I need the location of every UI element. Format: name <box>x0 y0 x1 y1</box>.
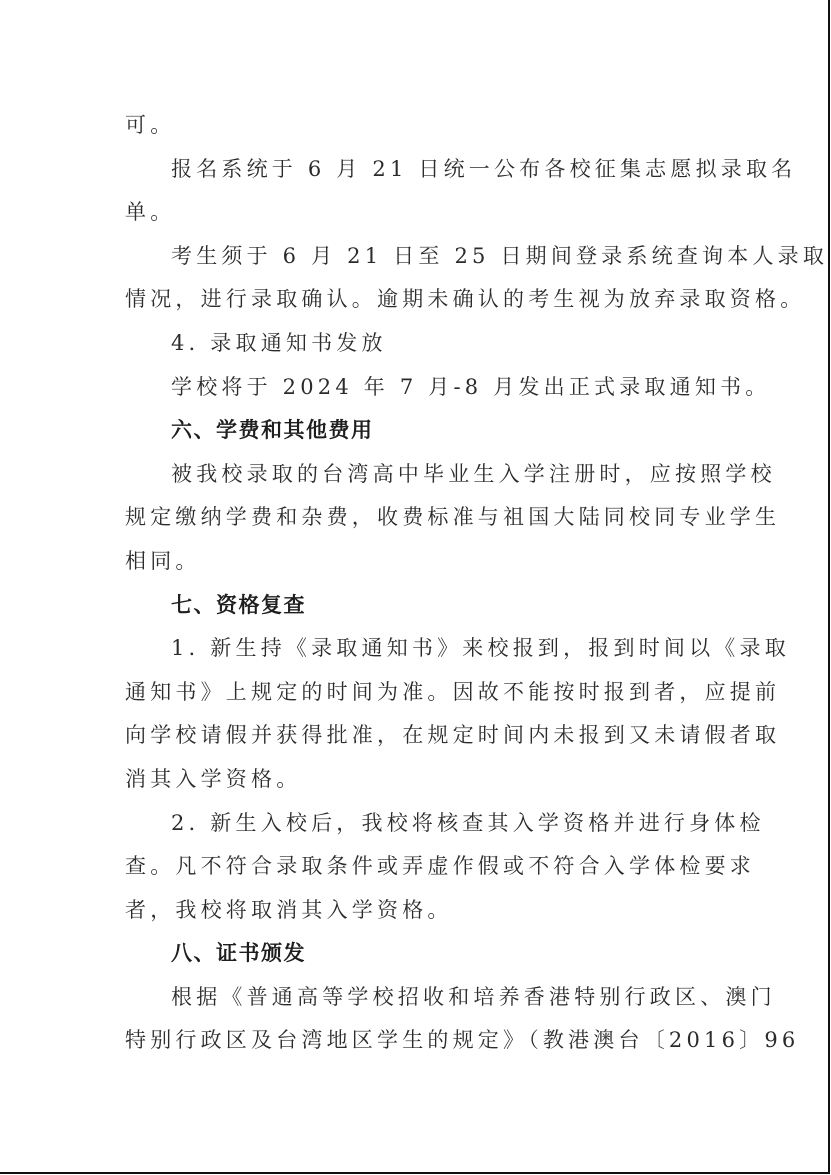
text-line: 通知书》上规定的时间为准。因故不能按时报到者，应提前 <box>125 671 707 715</box>
text-line: 情况，进行录取确认。逾期未确认的考生视为放弃录取资格。 <box>125 278 707 322</box>
text-line: 向学校请假并获得批准，在规定时间内未报到又未请假者取 <box>125 714 707 758</box>
section-heading: 七、资格复查 <box>125 584 707 628</box>
subsection-title: 4. 录取通知书发放 <box>125 322 707 366</box>
text-line: 特别行政区及台湾地区学生的规定》（教港澳台〔2016〕96 <box>125 1019 707 1063</box>
text-line: 根据《普通高等学校招收和培养香港特别行政区、澳门 <box>125 976 707 1020</box>
text-line: 报名系统于 6 月 21 日统一公布各校征集志愿拟录取名 <box>125 148 707 192</box>
text-line: 学校将于 2024 年 7 月-8 月发出正式录取通知书。 <box>125 366 707 410</box>
text-line: 相同。 <box>125 540 707 584</box>
document-page: 可。 报名系统于 6 月 21 日统一公布各校征集志愿拟录取名 单。 考生须于 … <box>0 0 830 1174</box>
text-line: 查。凡不符合录取条件或弄虚作假或不符合入学体检要求 <box>125 845 707 889</box>
text-line: 1. 新生持《录取通知书》来校报到，报到时间以《录取 <box>125 627 707 671</box>
document-body: 可。 报名系统于 6 月 21 日统一公布各校征集志愿拟录取名 单。 考生须于 … <box>125 104 707 1063</box>
text-line: 可。 <box>125 104 707 148</box>
text-line: 规定缴纳学费和杂费，收费标准与祖国大陆同校同专业学生 <box>125 496 707 540</box>
text-line: 考生须于 6 月 21 日至 25 日期间登录系统查询本人录取 <box>125 235 707 279</box>
text-line: 2. 新生入校后，我校将核查其入学资格并进行身体检 <box>125 802 707 846</box>
section-heading: 六、学费和其他费用 <box>125 409 707 453</box>
text-line: 单。 <box>125 191 707 235</box>
text-line: 被我校录取的台湾高中毕业生入学注册时，应按照学校 <box>125 453 707 497</box>
section-heading: 八、证书颁发 <box>125 932 707 976</box>
text-line: 消其入学资格。 <box>125 758 707 802</box>
text-line: 者，我校将取消其入学资格。 <box>125 889 707 933</box>
